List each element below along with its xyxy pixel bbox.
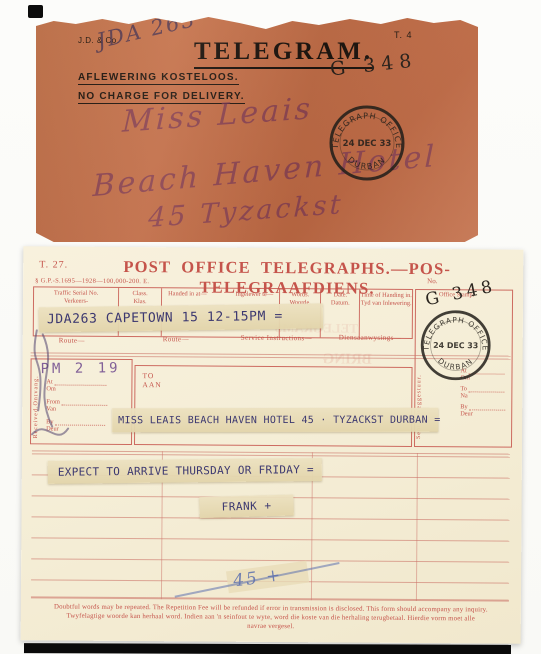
typed-preamble-strip: JDA263 CAPETOWN 15 12-15PM = <box>39 303 323 332</box>
svg-text:DURBAN: DURBAN <box>436 356 475 372</box>
sent-row-by: By Deur <box>460 403 505 417</box>
form-number: T. 27. <box>39 259 68 270</box>
postmark-town-text: DURBAN <box>436 356 475 372</box>
to-label-af: AAN <box>142 380 161 389</box>
scan-artifact-corner <box>28 5 43 18</box>
to-label-en: TO <box>142 371 154 380</box>
to-box <box>134 365 413 447</box>
postmark-date: 24 DEC 33 <box>343 139 392 149</box>
service-instructions-en: Service Instructions— <box>241 334 312 342</box>
col-date: Date. Datum. <box>321 289 361 337</box>
form-print-code: § G.P.-S.1695—1928—100,000-200. E. <box>35 277 149 285</box>
scanned-telegram-cover: J.D. & Co. JDA 263 TELEGRAM. T. 4 G 348 … <box>0 0 541 654</box>
telegram-form: T. 27. POST OFFICE TELEGRAPHS.—POS-TELEG… <box>21 246 524 643</box>
pencil-scribble <box>22 322 93 452</box>
col-time-of-handing-in: Time of Handing in. Tyd van Inlewering. <box>360 290 412 338</box>
no-label: No. <box>427 277 437 285</box>
postmark-durban-form: TELEGRAPH OFFICE DURBAN 24 DEC 33 <box>415 305 496 386</box>
postmark-town-text: DURBAN <box>346 155 388 171</box>
scan-artifact-bottom-bar <box>24 643 511 654</box>
service-instructions-af: Diensaanwysings— <box>339 333 401 341</box>
free-delivery-afrikaans: AFLEWERING KOSTELOOS. <box>78 72 239 85</box>
envelope-form-number: T. 4 <box>394 30 413 40</box>
pencil-reference-number: JDA 263 <box>95 7 199 53</box>
footer-afrikaans-2: navrae vergesel. <box>31 620 511 632</box>
sent-row-to: To Na <box>460 385 504 399</box>
telegram-envelope: J.D. & Co. JDA 263 TELEGRAM. T. 4 G 348 … <box>36 14 478 242</box>
postmark-date: 24 DEC 33 <box>433 341 478 350</box>
typed-message-strip: EXPECT TO ARRIVE THURSDAY OR FRIDAY = <box>48 458 322 484</box>
typed-signature-strip: FRANK + <box>199 495 294 519</box>
svg-text:DURBAN: DURBAN <box>346 155 388 171</box>
postmark-durban-envelope: TELEGRAPH OFFICE DURBAN 24 DEC 33 <box>324 100 410 186</box>
typed-address-strip: MISS LEAIS BEACH HAVEN HOTEL 45 · TYZACK… <box>112 408 438 433</box>
route-label-2: Route— <box>163 335 189 343</box>
